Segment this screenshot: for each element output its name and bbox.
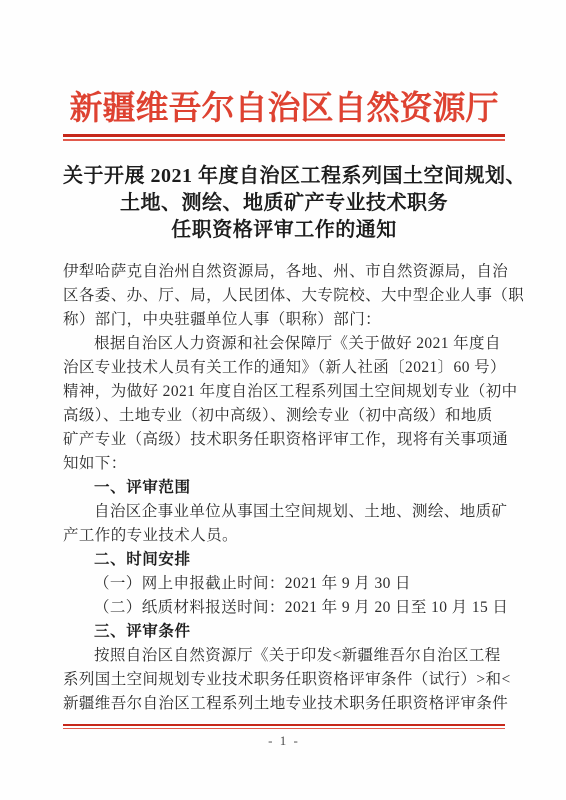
page-number: - 1 - <box>63 733 505 749</box>
title-line: 土地、测绘、地质矿产专业技术职务 <box>63 190 505 217</box>
section-heading: 一、评审范围 <box>63 476 505 500</box>
body-line: 治区专业技术人员有关工作的通知》（新人社函〔2021〕60 号） <box>63 356 505 380</box>
letterhead-divider <box>63 134 505 141</box>
body-line: 自治区企事业单位从事国土空间规划、土地、测绘、地质矿 <box>63 500 505 524</box>
agency-name: 新疆维吾尔自治区自然资源厅 <box>63 86 505 132</box>
body-line: 区各委、办、厅、局，人民团体、大专院校、大中型企业人事（职 <box>63 284 505 308</box>
document-title: 关于开展 2021 年度自治区工程系列国土空间规划、 土地、测绘、地质矿产专业技… <box>63 163 505 244</box>
body-line: （二）纸质材料报送时间：2021 年 9 月 20 日至 10 月 15 日 <box>63 596 505 620</box>
body-line: 伊犁哈萨克自治州自然资源局，各地、州、市自然资源局，自治 <box>63 260 505 284</box>
title-line: 任职资格评审工作的通知 <box>63 217 505 244</box>
body-line: （一）网上申报截止时间：2021 年 9 月 30 日 <box>63 572 505 596</box>
body-line: 产工作的专业技术人员。 <box>63 524 505 548</box>
body-line: 高级）、土地专业（初中高级）、测绘专业（初中高级）和地质 <box>63 404 505 428</box>
body-line: 系列国土空间规划专业技术职务任职资格评审条件（试行）>和< <box>63 668 505 692</box>
body-line: 称）部门，中央驻疆单位人事（职称）部门： <box>63 308 505 332</box>
body-line: 新疆维吾尔自治区工程系列土地专业技术职务任职资格评审条件 <box>63 692 505 716</box>
body-line: 精神，为做好 2021 年度自治区工程系列国土空间规划专业（初中 <box>63 380 505 404</box>
body-line: 按照自治区自然资源厅《关于印发<新疆维吾尔自治区工程 <box>63 644 505 668</box>
document-body: 伊犁哈萨克自治州自然资源局，各地、州、市自然资源局，自治 区各委、办、厅、局，人… <box>63 260 505 716</box>
title-line: 关于开展 2021 年度自治区工程系列国土空间规划、 <box>63 163 505 190</box>
body-line: 根据自治区人力资源和社会保障厅《关于做好 2021 年度自 <box>63 332 505 356</box>
document-page: 新疆维吾尔自治区自然资源厅 关于开展 2021 年度自治区工程系列国土空间规划、… <box>0 0 566 800</box>
section-heading: 三、评审条件 <box>63 620 505 644</box>
body-line: 矿产专业（高级）技术职务任职资格评审工作，现将有关事项通 <box>63 428 505 452</box>
footer-divider <box>63 724 505 729</box>
body-line: 知如下： <box>63 452 505 476</box>
section-heading: 二、时间安排 <box>63 548 505 572</box>
